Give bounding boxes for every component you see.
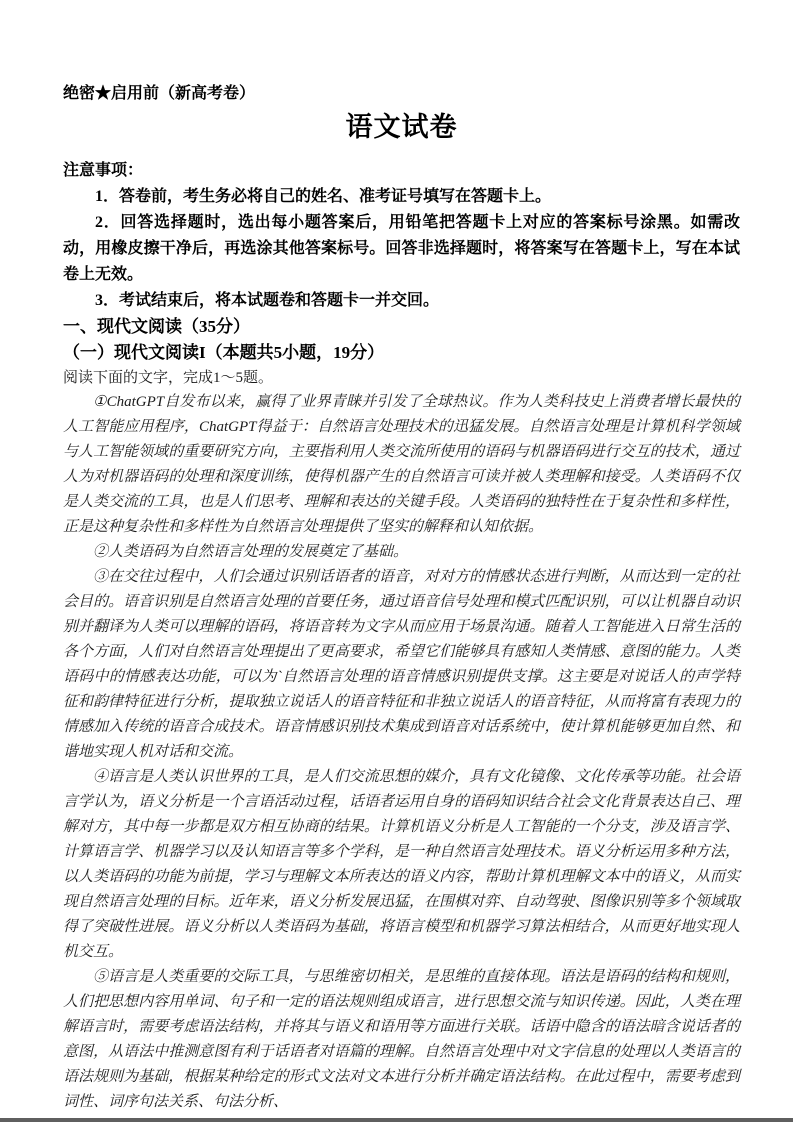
page-content: 绝密★启用前（新高考卷） 语文试卷 注意事项： 1．答卷前，考生务必将自己的姓名…	[0, 0, 793, 1115]
passage-paragraph-4: ④语言是人类认识世界的工具，是人们交流思想的媒介，具有文化镜像、文化传承等功能。…	[63, 765, 740, 965]
bottom-scan-bar	[0, 1118, 793, 1122]
passage-paragraph-5: ⑤语言是人类重要的交际工具，与思维密切相关，是思维的直接体现。语法是语码的结构和…	[63, 965, 740, 1115]
exam-paper-page: 绝密★启用前（新高考卷） 语文试卷 注意事项： 1．答卷前，考生务必将自己的姓名…	[0, 0, 793, 1122]
notice-heading: 注意事项：	[63, 158, 740, 184]
notice-item-3: 3．考试结束后，将本试题卷和答题卡一并交回。	[63, 288, 740, 314]
passage-paragraph-1: ①ChatGPT自发布以来，赢得了业界青睐并引发了全球热议。作为人类科技史上消费…	[63, 390, 740, 540]
reading-instruction: 阅读下面的文字，完成1～5题。	[63, 366, 740, 390]
subsection-heading-reading-1: （一）现代文阅读I（本题共5小题，19分）	[63, 340, 740, 366]
notice-item-2: 2．回答选择题时，选出每小题答案后，用铅笔把答题卡上对应的答案标号涂黑。如需改动…	[63, 210, 740, 288]
page-title: 语文试卷	[63, 110, 740, 144]
security-label: 绝密★启用前（新高考卷）	[63, 84, 740, 104]
passage-paragraph-3: ③在交往过程中，人们会通过识别话语者的语音，对对方的情感状态进行判断，从而达到一…	[63, 565, 740, 765]
section-heading-modern-reading: 一、现代文阅读（35分）	[63, 314, 740, 340]
passage-paragraph-2: ②人类语码为自然语言处理的发展奠定了基础。	[63, 540, 740, 565]
notice-item-1: 1．答卷前，考生务必将自己的姓名、准考证号填写在答题卡上。	[63, 184, 740, 210]
